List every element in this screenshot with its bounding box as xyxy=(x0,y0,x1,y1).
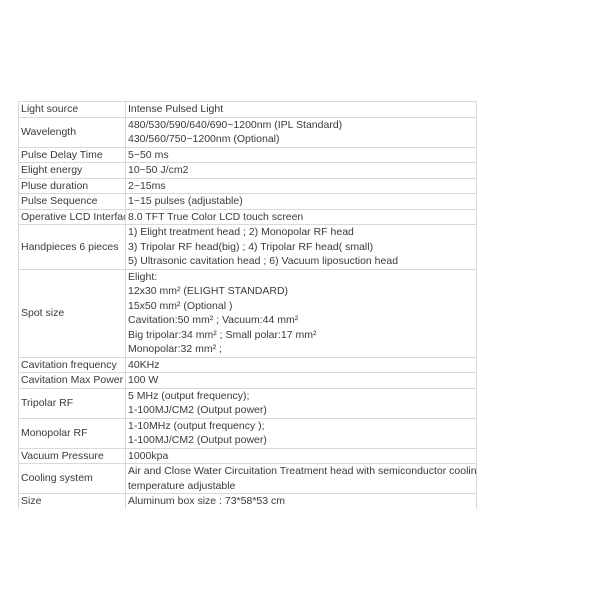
spec-table-body: Light sourceIntense Pulsed LightWaveleng… xyxy=(19,102,477,509)
spec-label: Cooling system xyxy=(19,464,126,494)
spec-value-line: 5~50 ms xyxy=(128,148,474,163)
spec-value: 2~15ms xyxy=(126,178,477,194)
spec-value: Intense Pulsed Light xyxy=(126,102,477,118)
spec-value: 40KHz xyxy=(126,357,477,373)
spec-value-line: 3) Tripolar RF head(big) ; 4) Tripolar R… xyxy=(128,240,474,255)
spec-value: 5~50 ms xyxy=(126,147,477,163)
spec-table: Light sourceIntense Pulsed LightWaveleng… xyxy=(18,101,477,509)
spec-value-line: Big tripolar:34 mm² ; Small polar:17 mm² xyxy=(128,328,474,343)
spec-label: Size xyxy=(19,494,126,509)
spec-value: 5 MHz (output frequency);1-100MJ/CM2 (Ou… xyxy=(126,388,477,418)
table-row: Wavelength480/530/590/640/690~1200nm (IP… xyxy=(19,117,477,147)
spec-label: Pulse Sequence xyxy=(19,194,126,210)
spec-value-line: Intense Pulsed Light xyxy=(128,102,474,117)
spec-value-line: Aluminum box size : 73*58*53 cm xyxy=(128,494,474,509)
spec-value: 480/530/590/640/690~1200nm (IPL Standard… xyxy=(126,117,477,147)
spec-value: 1-10MHz (output frequency );1-100MJ/CM2 … xyxy=(126,418,477,448)
spec-value-line: 10~50 J/cm2 xyxy=(128,163,474,178)
table-row: Pluse duration2~15ms xyxy=(19,178,477,194)
spec-value-line: 15x50 mm² (Optional ) xyxy=(128,299,474,314)
spec-value-line: 40KHz xyxy=(128,358,474,373)
spec-value: 1000kpa xyxy=(126,448,477,464)
spec-value-line: 2~15ms xyxy=(128,179,474,194)
spec-label: Light source xyxy=(19,102,126,118)
spec-value-line: 480/530/590/640/690~1200nm (IPL Standard… xyxy=(128,118,474,133)
spec-value: Aluminum box size : 73*58*53 cm xyxy=(126,494,477,509)
spec-value-line: temperature adjustable xyxy=(128,479,474,494)
spec-label: Monopolar RF xyxy=(19,418,126,448)
spec-value-line: 5 MHz (output frequency); xyxy=(128,389,474,404)
spec-value-line: 1) Elight treatment head ; 2) Monopolar … xyxy=(128,225,474,240)
spec-label: Pulse Delay Time xyxy=(19,147,126,163)
spec-value: Elight:12x30 mm² (ELIGHT STANDARD)15x50 … xyxy=(126,269,477,357)
spec-value: 10~50 J/cm2 xyxy=(126,163,477,179)
table-row: Light sourceIntense Pulsed Light xyxy=(19,102,477,118)
spec-value: 1) Elight treatment head ; 2) Monopolar … xyxy=(126,225,477,270)
spec-label: Operative LCD Interface xyxy=(19,209,126,225)
spec-value-line: 8.0 TFT True Color LCD touch screen xyxy=(128,210,474,225)
table-row: Tripolar RF5 MHz (output frequency);1-10… xyxy=(19,388,477,418)
table-row: Handpieces 6 pieces1) Elight treatment h… xyxy=(19,225,477,270)
table-row: Pulse Delay Time5~50 ms xyxy=(19,147,477,163)
spec-label: Cavitation Max Power xyxy=(19,373,126,389)
page: Light sourceIntense Pulsed LightWaveleng… xyxy=(0,0,600,600)
table-row: Cavitation Max Power100 W xyxy=(19,373,477,389)
table-row: Pulse Sequence1~15 pulses (adjustable) xyxy=(19,194,477,210)
table-row: Cavitation frequency40KHz xyxy=(19,357,477,373)
spec-value-line: 1000kpa xyxy=(128,449,474,464)
spec-value: 100 W xyxy=(126,373,477,389)
table-row: SizeAluminum box size : 73*58*53 cm xyxy=(19,494,477,509)
spec-value-line: 1-100MJ/CM2 (Output power) xyxy=(128,433,474,448)
spec-label: Cavitation frequency xyxy=(19,357,126,373)
table-row: Vacuum Pressure1000kpa xyxy=(19,448,477,464)
spec-value: 1~15 pulses (adjustable) xyxy=(126,194,477,210)
table-row: Monopolar RF1-10MHz (output frequency );… xyxy=(19,418,477,448)
spec-label: Tripolar RF xyxy=(19,388,126,418)
spec-value-line: Cavitation:50 mm² ; Vacuum:44 mm² xyxy=(128,313,474,328)
table-row: Operative LCD Interface8.0 TFT True Colo… xyxy=(19,209,477,225)
spec-value: Air and Close Water Circuitation Treatme… xyxy=(126,464,477,494)
spec-value: 8.0 TFT True Color LCD touch screen xyxy=(126,209,477,225)
spec-label: Elight energy xyxy=(19,163,126,179)
spec-label: Spot size xyxy=(19,269,126,357)
spec-value-line: 100 W xyxy=(128,373,474,388)
table-row: Elight energy10~50 J/cm2 xyxy=(19,163,477,179)
table-row: Cooling systemAir and Close Water Circui… xyxy=(19,464,477,494)
spec-label: Pluse duration xyxy=(19,178,126,194)
spec-value-line: 1~15 pulses (adjustable) xyxy=(128,194,474,209)
spec-value-line: Elight: xyxy=(128,270,474,285)
spec-value-line: Air and Close Water Circuitation Treatme… xyxy=(128,464,474,479)
spec-value-line: 1-100MJ/CM2 (Output power) xyxy=(128,403,474,418)
spec-value-line: 12x30 mm² (ELIGHT STANDARD) xyxy=(128,284,474,299)
spec-value-line: 430/560/750~1200nm (Optional) xyxy=(128,132,474,147)
spec-label: Vacuum Pressure xyxy=(19,448,126,464)
spec-value-line: 1-10MHz (output frequency ); xyxy=(128,419,474,434)
spec-value-line: Monopolar:32 mm² ; xyxy=(128,342,474,357)
spec-value-line: 5) Ultrasonic cavitation head ; 6) Vacuu… xyxy=(128,254,474,269)
spec-label: Wavelength xyxy=(19,117,126,147)
table-row: Spot sizeElight:12x30 mm² (ELIGHT STANDA… xyxy=(19,269,477,357)
spec-label: Handpieces 6 pieces xyxy=(19,225,126,270)
